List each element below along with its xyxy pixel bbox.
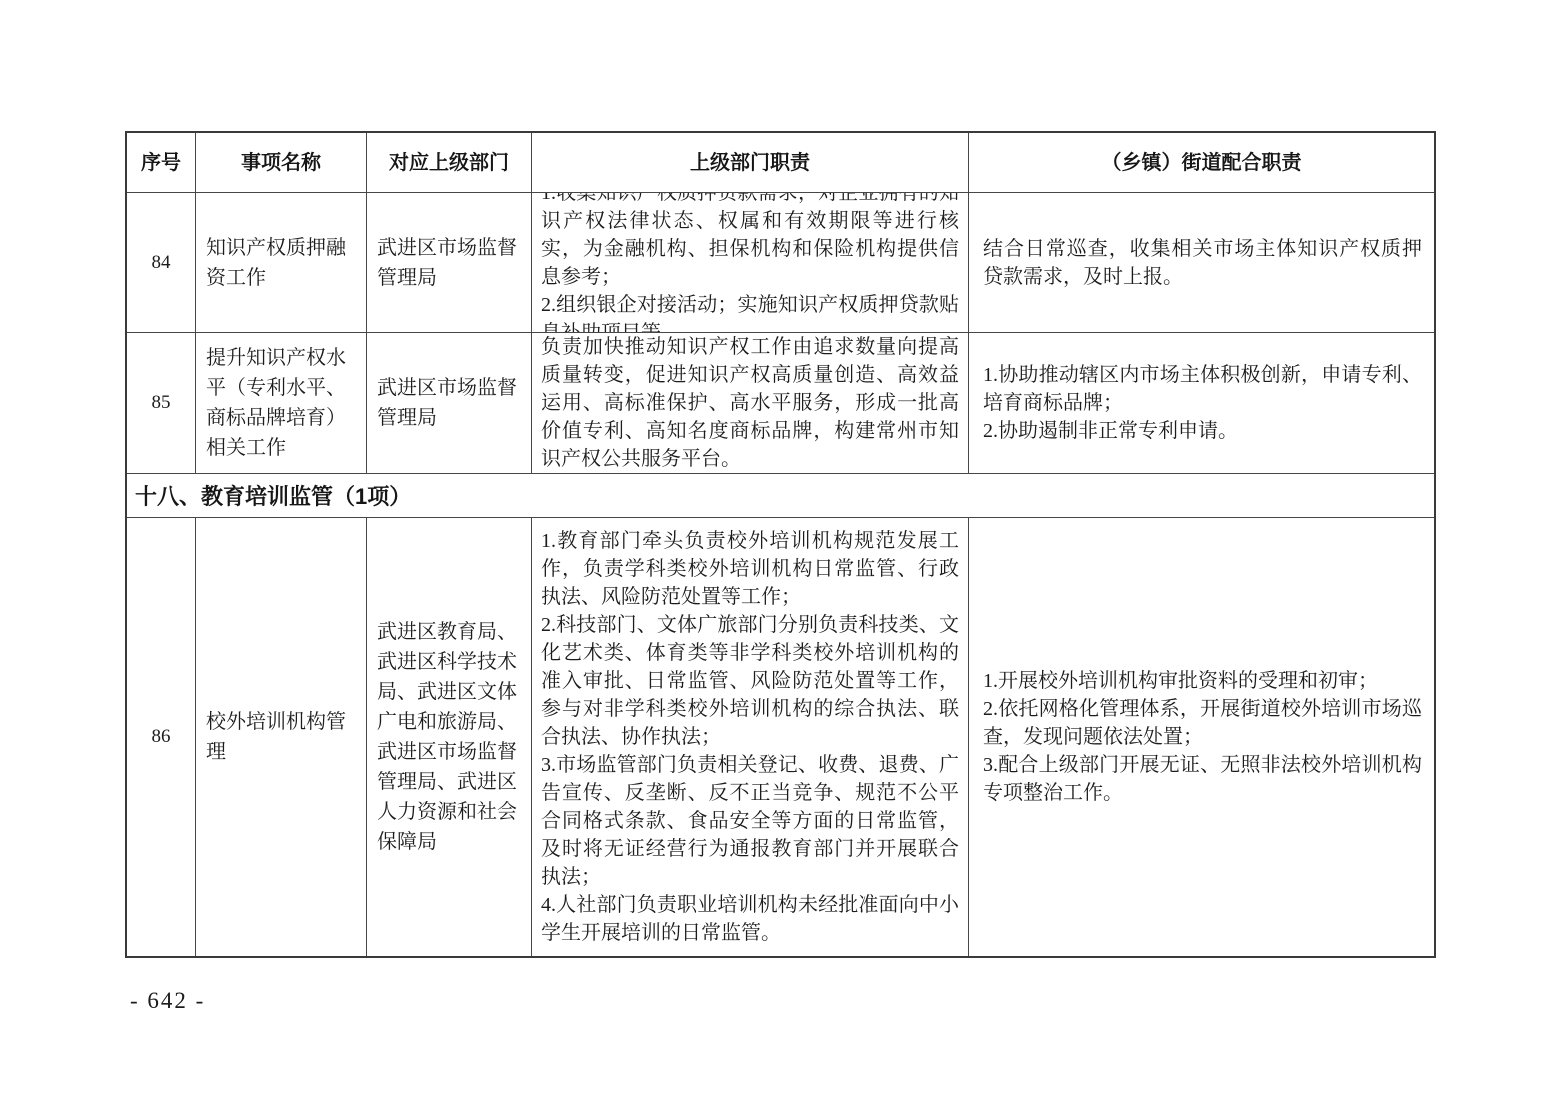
page-number: - 642 - (130, 988, 205, 1014)
row-84-street-duty: 结合日常巡查，收集相关市场主体知识产权质押贷款需求，及时上报。 (969, 193, 1434, 332)
col-header-superior-dept: 对应上级部门 (367, 133, 532, 192)
col-header-item-name: 事项名称 (196, 133, 367, 192)
col-header-street-duty: （乡镇）街道配合职责 (969, 133, 1434, 192)
row-85-item-name: 提升知识产权水平（专利水平、商标品牌培育）相关工作 (196, 333, 367, 473)
document-page: 序号 事项名称 对应上级部门 上级部门职责 （乡镇）街道配合职责 84 知识产权… (0, 0, 1559, 1102)
row-86-street-duty: 1.开展校外培训机构审批资料的受理和初审； 2.依托网格化管理体系，开展街道校外… (969, 518, 1434, 956)
row-84-seq: 84 (127, 193, 196, 332)
responsibility-table: 序号 事项名称 对应上级部门 上级部门职责 （乡镇）街道配合职责 84 知识产权… (125, 131, 1436, 958)
row-85-superior-duty: 负责加快推动知识产权工作由追求数量向提高质量转变，促进知识产权高质量创造、高效益… (532, 333, 969, 473)
row-86-superior-dept: 武进区教育局、武进区科学技术局、武进区文体广电和旅游局、武进区市场监督管理局、武… (367, 518, 532, 956)
row-86-item-name: 校外培训机构管理 (196, 518, 367, 956)
section-title: 十八、教育培训监管（1项） (127, 474, 1434, 517)
row-85-street-duty: 1.协助推动辖区内市场主体积极创新，申请专利、培育商标品牌； 2.协助遏制非正常… (969, 333, 1434, 473)
row-84-item-name: 知识产权质押融资工作 (196, 193, 367, 332)
col-header-superior-duty: 上级部门职责 (532, 133, 969, 192)
row-86-seq: 86 (127, 518, 196, 956)
col-header-seq: 序号 (127, 133, 196, 192)
row-85-superior-dept: 武进区市场监督管理局 (367, 333, 532, 473)
section-header-row: 十八、教育培训监管（1项） (127, 474, 1434, 518)
table-header-row: 序号 事项名称 对应上级部门 上级部门职责 （乡镇）街道配合职责 (127, 133, 1434, 193)
row-86-superior-duty: 1.教育部门牵头负责校外培训机构规范发展工作，负责学科类校外培训机构日常监管、行… (532, 518, 969, 956)
table-row: 84 知识产权质押融资工作 武进区市场监督管理局 1.收集知识产权质押贷款需求，… (127, 193, 1434, 333)
table-row: 86 校外培训机构管理 武进区教育局、武进区科学技术局、武进区文体广电和旅游局、… (127, 518, 1434, 956)
row-84-superior-duty: 1.收集知识产权质押贷款需求，对企业拥有的知识产权法律状态、权属和有效期限等进行… (532, 193, 969, 332)
table-row: 85 提升知识产权水平（专利水平、商标品牌培育）相关工作 武进区市场监督管理局 … (127, 333, 1434, 474)
row-84-superior-dept: 武进区市场监督管理局 (367, 193, 532, 332)
row-85-seq: 85 (127, 333, 196, 473)
